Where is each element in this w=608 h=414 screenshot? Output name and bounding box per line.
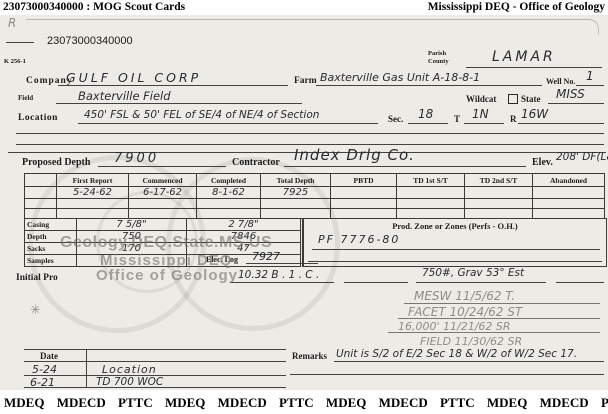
cell	[129, 199, 197, 209]
cell	[331, 209, 397, 219]
api-number: 23073000340000	[47, 35, 133, 47]
rule-line	[416, 282, 546, 283]
rule-line	[334, 361, 604, 362]
card-edge	[26, 19, 599, 34]
elev-label: Elev.	[532, 157, 553, 168]
cell	[25, 209, 57, 219]
first-report-value: 5-24-62	[57, 187, 129, 199]
elev-value: 208' DF(L&S)	[556, 151, 608, 163]
rule-line	[404, 303, 600, 304]
rule-line	[548, 103, 604, 104]
cell	[57, 199, 129, 209]
rule-line	[464, 123, 504, 124]
rule-line	[58, 85, 288, 86]
samples-label: Samples	[25, 255, 77, 267]
casing-col1: 7 5/8"	[77, 219, 187, 231]
pencil-star-mark: ✳	[30, 303, 41, 318]
completed-value: 8-1-62	[197, 187, 261, 199]
col-commenced: Commenced	[129, 174, 197, 187]
cell	[465, 199, 533, 209]
initial-pro-value-2: 750#, Grav 53° Est	[422, 267, 524, 279]
pencil-note-2: FACET 10/24/62 ST	[408, 305, 522, 319]
field-label: Field	[18, 94, 33, 102]
company-value: GULF OIL CORP	[66, 70, 201, 85]
footerbar: MDEQ MDECD PTTC MDEQ MDECD PTTC MDEQ MDE…	[0, 390, 608, 414]
rule-line	[398, 318, 600, 319]
cell	[261, 209, 331, 219]
rule-line	[284, 166, 526, 167]
initial-pro-value-1: 10.32 B . 1 . C .	[238, 269, 319, 281]
location-label: Location	[18, 113, 58, 123]
rule-line	[16, 144, 604, 145]
pencil-note-1: MESW 11/5/62 T.	[414, 289, 515, 303]
scout-card-viewer: 23073000340000 : MOG Scout Cards Mississ…	[0, 0, 608, 414]
rule-line	[576, 85, 604, 86]
rule-line	[24, 361, 286, 362]
remarks-value: Unit is S/2 of E/2 Sec 18 & W/2 of W/2 S…	[336, 348, 577, 360]
rule-line	[98, 166, 226, 167]
rule-line	[24, 349, 286, 350]
cell-blank	[25, 174, 57, 187]
cell	[25, 199, 57, 209]
col-total-depth: Total Depth	[261, 174, 331, 187]
prod-zone-label: Prod. Zone or Zones (Perfs - O.H.)	[304, 221, 606, 231]
sec-value: 18	[418, 107, 433, 121]
rule-line	[518, 123, 604, 124]
pencil-note-4: FIELD 11/30/62 SR	[420, 335, 522, 348]
cell	[465, 209, 533, 219]
cell	[397, 199, 465, 209]
farm-value: Baxterville Gas Unit A-18-8-1	[320, 71, 480, 84]
initial-pro-label: Initial Pro	[16, 273, 58, 283]
rule-line	[290, 374, 604, 375]
col-td-2nd: TD 2nd S/T	[465, 174, 533, 187]
grid-line	[86, 349, 87, 388]
footer-org-strip: MDEQ MDECD PTTC MDEQ MDECD PTTC MDEQ MDE…	[4, 395, 604, 411]
date-column-label: Date	[40, 351, 58, 361]
proposed-depth-label: Proposed Depth	[22, 157, 90, 168]
sec-label: Sec.	[388, 114, 403, 124]
state-value: MISS	[556, 87, 585, 101]
twp-value: 1N	[472, 107, 489, 121]
total-depth-value: 7925	[261, 187, 331, 199]
rng-value: 16W	[521, 107, 548, 121]
td-1st-value	[397, 187, 465, 199]
casing-col2: 2 7/8"	[187, 219, 301, 231]
rule-line	[24, 387, 286, 388]
cell	[197, 209, 261, 219]
well-no-label: Well No.	[546, 77, 575, 86]
cell	[129, 209, 197, 219]
rule-line	[312, 249, 600, 250]
col-td-1st: TD 1st S/T	[397, 174, 465, 187]
rule-line	[56, 103, 302, 104]
cell	[197, 199, 261, 209]
cell	[261, 199, 331, 209]
titlebar: 23073000340000 : MOG Scout Cards Mississ…	[0, 0, 608, 15]
commenced-value: 6-17-62	[129, 187, 197, 199]
location-value: 450' FSL & 50' FEL of SE/4 of NE/4 of Se…	[84, 109, 319, 121]
cell	[57, 209, 129, 219]
form-code: K 256-1	[4, 58, 26, 65]
rule-line	[344, 282, 408, 283]
rule-line	[78, 123, 378, 124]
rule-line	[388, 332, 600, 333]
prod-zone-box: Prod. Zone or Zones (Perfs - O.H.) PF 77…	[302, 218, 607, 267]
col-first-report: First Report	[57, 174, 129, 187]
cell	[331, 199, 397, 209]
td-2nd-value	[465, 187, 533, 199]
county-label: County	[428, 58, 449, 65]
watermark-url: Geology.DEQ.State.MS.US	[60, 234, 272, 252]
proposed-depth-value: 7900	[114, 151, 159, 166]
rule-line	[308, 261, 602, 262]
cell	[397, 209, 465, 219]
state-label: State	[521, 94, 541, 104]
cell	[533, 199, 605, 209]
cell	[25, 187, 57, 199]
county-value: LAMAR	[492, 49, 556, 65]
twp-label: T	[454, 114, 460, 124]
watermark-office: Office of Geology	[96, 267, 238, 284]
farm-label: Farm	[294, 76, 317, 86]
rule-line	[246, 263, 318, 264]
parish-label: Parish	[428, 50, 446, 57]
document-title: 23073000340000 : MOG Scout Cards	[3, 1, 185, 13]
rule-line	[316, 85, 542, 86]
well-no-value: 1	[586, 69, 594, 83]
col-abandoned: Abandoned	[533, 174, 605, 187]
corner-pencil-mark: R	[8, 16, 16, 30]
field-value: Baxterville Field	[78, 89, 171, 103]
casing-label: Casing	[25, 219, 77, 231]
prod-zone-value: PF 7776-80	[318, 233, 400, 246]
contractor-value: Index Drlg Co.	[294, 146, 415, 164]
rule-line	[16, 133, 604, 134]
rule-line	[556, 282, 604, 283]
wildcat-checkbox	[508, 94, 518, 104]
rule-line	[408, 123, 448, 124]
abandoned-value	[533, 187, 605, 199]
rng-label: R	[510, 114, 517, 124]
progress-table: First Report Commenced Completed Total D…	[24, 173, 605, 219]
col-pbtd: PBTD	[331, 174, 397, 187]
pbtd-value	[331, 187, 397, 199]
rule-line	[6, 42, 34, 43]
cell	[533, 209, 605, 219]
rule-line	[466, 67, 602, 68]
wildcat-label: Wildcat	[466, 94, 496, 104]
agency-title: Mississippi DEQ - Office of Geology	[428, 1, 605, 13]
contractor-label: Contractor	[232, 157, 280, 168]
scout-card-scan: R 23073000340000 K 256-1 Parish County L…	[0, 15, 608, 390]
remarks-label: Remarks	[292, 351, 327, 361]
col-completed: Completed	[197, 174, 261, 187]
rule-line	[230, 282, 334, 283]
